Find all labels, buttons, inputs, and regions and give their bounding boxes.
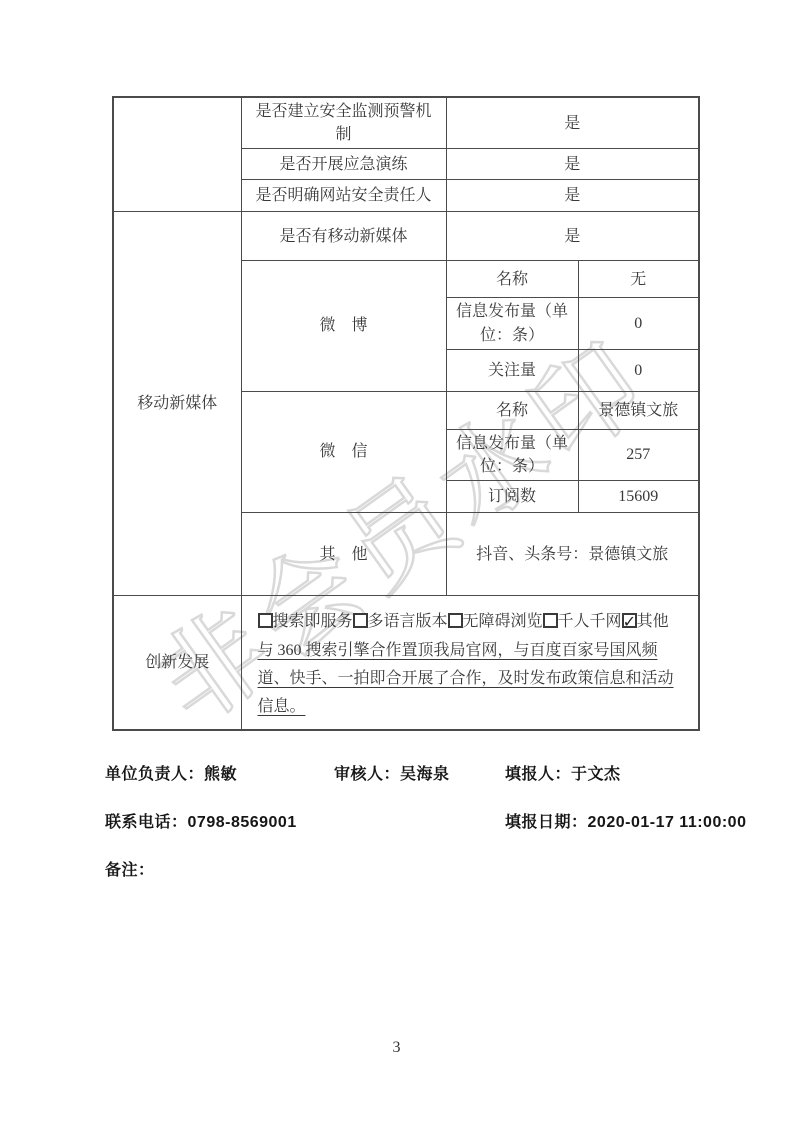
label-has-mobile-media: 是否有移动新媒体: [241, 212, 446, 261]
option-label: 无障碍浏览: [463, 613, 543, 630]
value-wechat-posts: 257: [578, 429, 699, 480]
label-weibo-posts: 信息发布量（单位：条）: [446, 298, 578, 349]
option-label: 其他: [637, 613, 669, 630]
value-weibo-posts: 0: [578, 298, 699, 349]
innovation-options: 搜索即服务多语言版本无障碍浏览千人千网其他: [258, 608, 686, 636]
remarks-field: 备注：: [105, 857, 155, 880]
remarks-label: 备注：: [105, 862, 155, 879]
option-accessibility: 无障碍浏览: [448, 613, 543, 630]
checkbox-other-icon[interactable]: [622, 613, 637, 628]
value-wechat-name: 景德镇文旅: [578, 391, 699, 429]
innovation-detail-text: 与 360 搜索引擎合作置顶我局官网，与百度百家号国风频道、快手、一拍即合开展了…: [258, 637, 686, 721]
contact-phone-field: 联系电话：0798-8569001: [105, 809, 297, 832]
group-cell-empty: [113, 97, 241, 212]
label-wechat: 微 信: [241, 391, 446, 512]
report-date-field: 填报日期：2020-01-17 11:00:00: [505, 809, 746, 832]
annual-report-table: 是否建立安全监测预警机制 是 是否开展应急演练 是 是否明确网站安全责任人 是 …: [112, 96, 700, 731]
label-emergency-drill: 是否开展应急演练: [241, 149, 446, 180]
value-security-responsible-person: 是: [446, 180, 699, 212]
contact-phone-label: 联系电话：: [105, 814, 188, 831]
reviewer-name: 吴海泉: [400, 766, 450, 783]
option-multilingual: 多语言版本: [353, 613, 448, 630]
option-personalized-web: 千人千网: [543, 613, 622, 630]
label-security-warning-mechanism: 是否建立安全监测预警机制: [241, 97, 446, 149]
option-search-service: 搜索即服务: [258, 613, 353, 630]
group-cell-mobile-media: 移动新媒体: [113, 212, 241, 596]
checkbox-personalized-web-icon[interactable]: [543, 613, 558, 628]
label-wechat-name: 名称: [446, 391, 578, 429]
filler-label: 填报人：: [505, 766, 571, 783]
value-security-warning-mechanism: 是: [446, 97, 699, 149]
reviewer-field: 审核人：吴海泉: [334, 761, 450, 784]
value-emergency-drill: 是: [446, 149, 699, 180]
table-row: 是否建立安全监测预警机制 是: [113, 97, 699, 149]
table-row: 创新发展 搜索即服务多语言版本无障碍浏览千人千网其他 与 360 搜索引擎合作置…: [113, 596, 699, 731]
contact-phone-number: 0798-8569001: [188, 814, 297, 831]
filler-name: 于文杰: [571, 766, 621, 783]
reviewer-label: 审核人：: [334, 766, 400, 783]
report-date-value: 2020-01-17 11:00:00: [588, 814, 747, 831]
filler-field: 填报人：于文杰: [505, 761, 621, 784]
page-number: 3: [0, 1039, 793, 1057]
table-row: 移动新媒体 是否有移动新媒体 是: [113, 212, 699, 261]
responsible-person-label: 单位负责人：: [105, 766, 204, 783]
checkbox-search-service-icon[interactable]: [258, 613, 273, 628]
option-label: 多语言版本: [368, 613, 448, 630]
value-weibo-followers: 0: [578, 349, 699, 391]
innovation-content-cell: 搜索即服务多语言版本无障碍浏览千人千网其他 与 360 搜索引擎合作置顶我局官网…: [241, 596, 699, 731]
responsible-person-field: 单位负责人：熊敏: [105, 761, 237, 784]
option-label: 千人千网: [558, 613, 622, 630]
label-weibo: 微 博: [241, 261, 446, 391]
value-other-media: 抖音、头条号：景德镇文旅: [446, 513, 699, 596]
option-label: 搜索即服务: [273, 613, 353, 630]
label-weibo-name: 名称: [446, 261, 578, 298]
label-wechat-posts: 信息发布量（单位：条）: [446, 429, 578, 480]
value-has-mobile-media: 是: [446, 212, 699, 261]
value-wechat-subscribers: 15609: [578, 481, 699, 513]
checkbox-accessibility-icon[interactable]: [448, 613, 463, 628]
label-security-responsible-person: 是否明确网站安全责任人: [241, 180, 446, 212]
label-other-media: 其 他: [241, 513, 446, 596]
checkbox-multilingual-icon[interactable]: [353, 613, 368, 628]
option-other: 其他: [622, 613, 669, 630]
label-wechat-subscribers: 订阅数: [446, 481, 578, 513]
label-weibo-followers: 关注量: [446, 349, 578, 391]
group-cell-innovation: 创新发展: [113, 596, 241, 731]
report-date-label: 填报日期：: [505, 814, 588, 831]
value-weibo-name: 无: [578, 261, 699, 298]
responsible-person-name: 熊敏: [204, 766, 237, 783]
